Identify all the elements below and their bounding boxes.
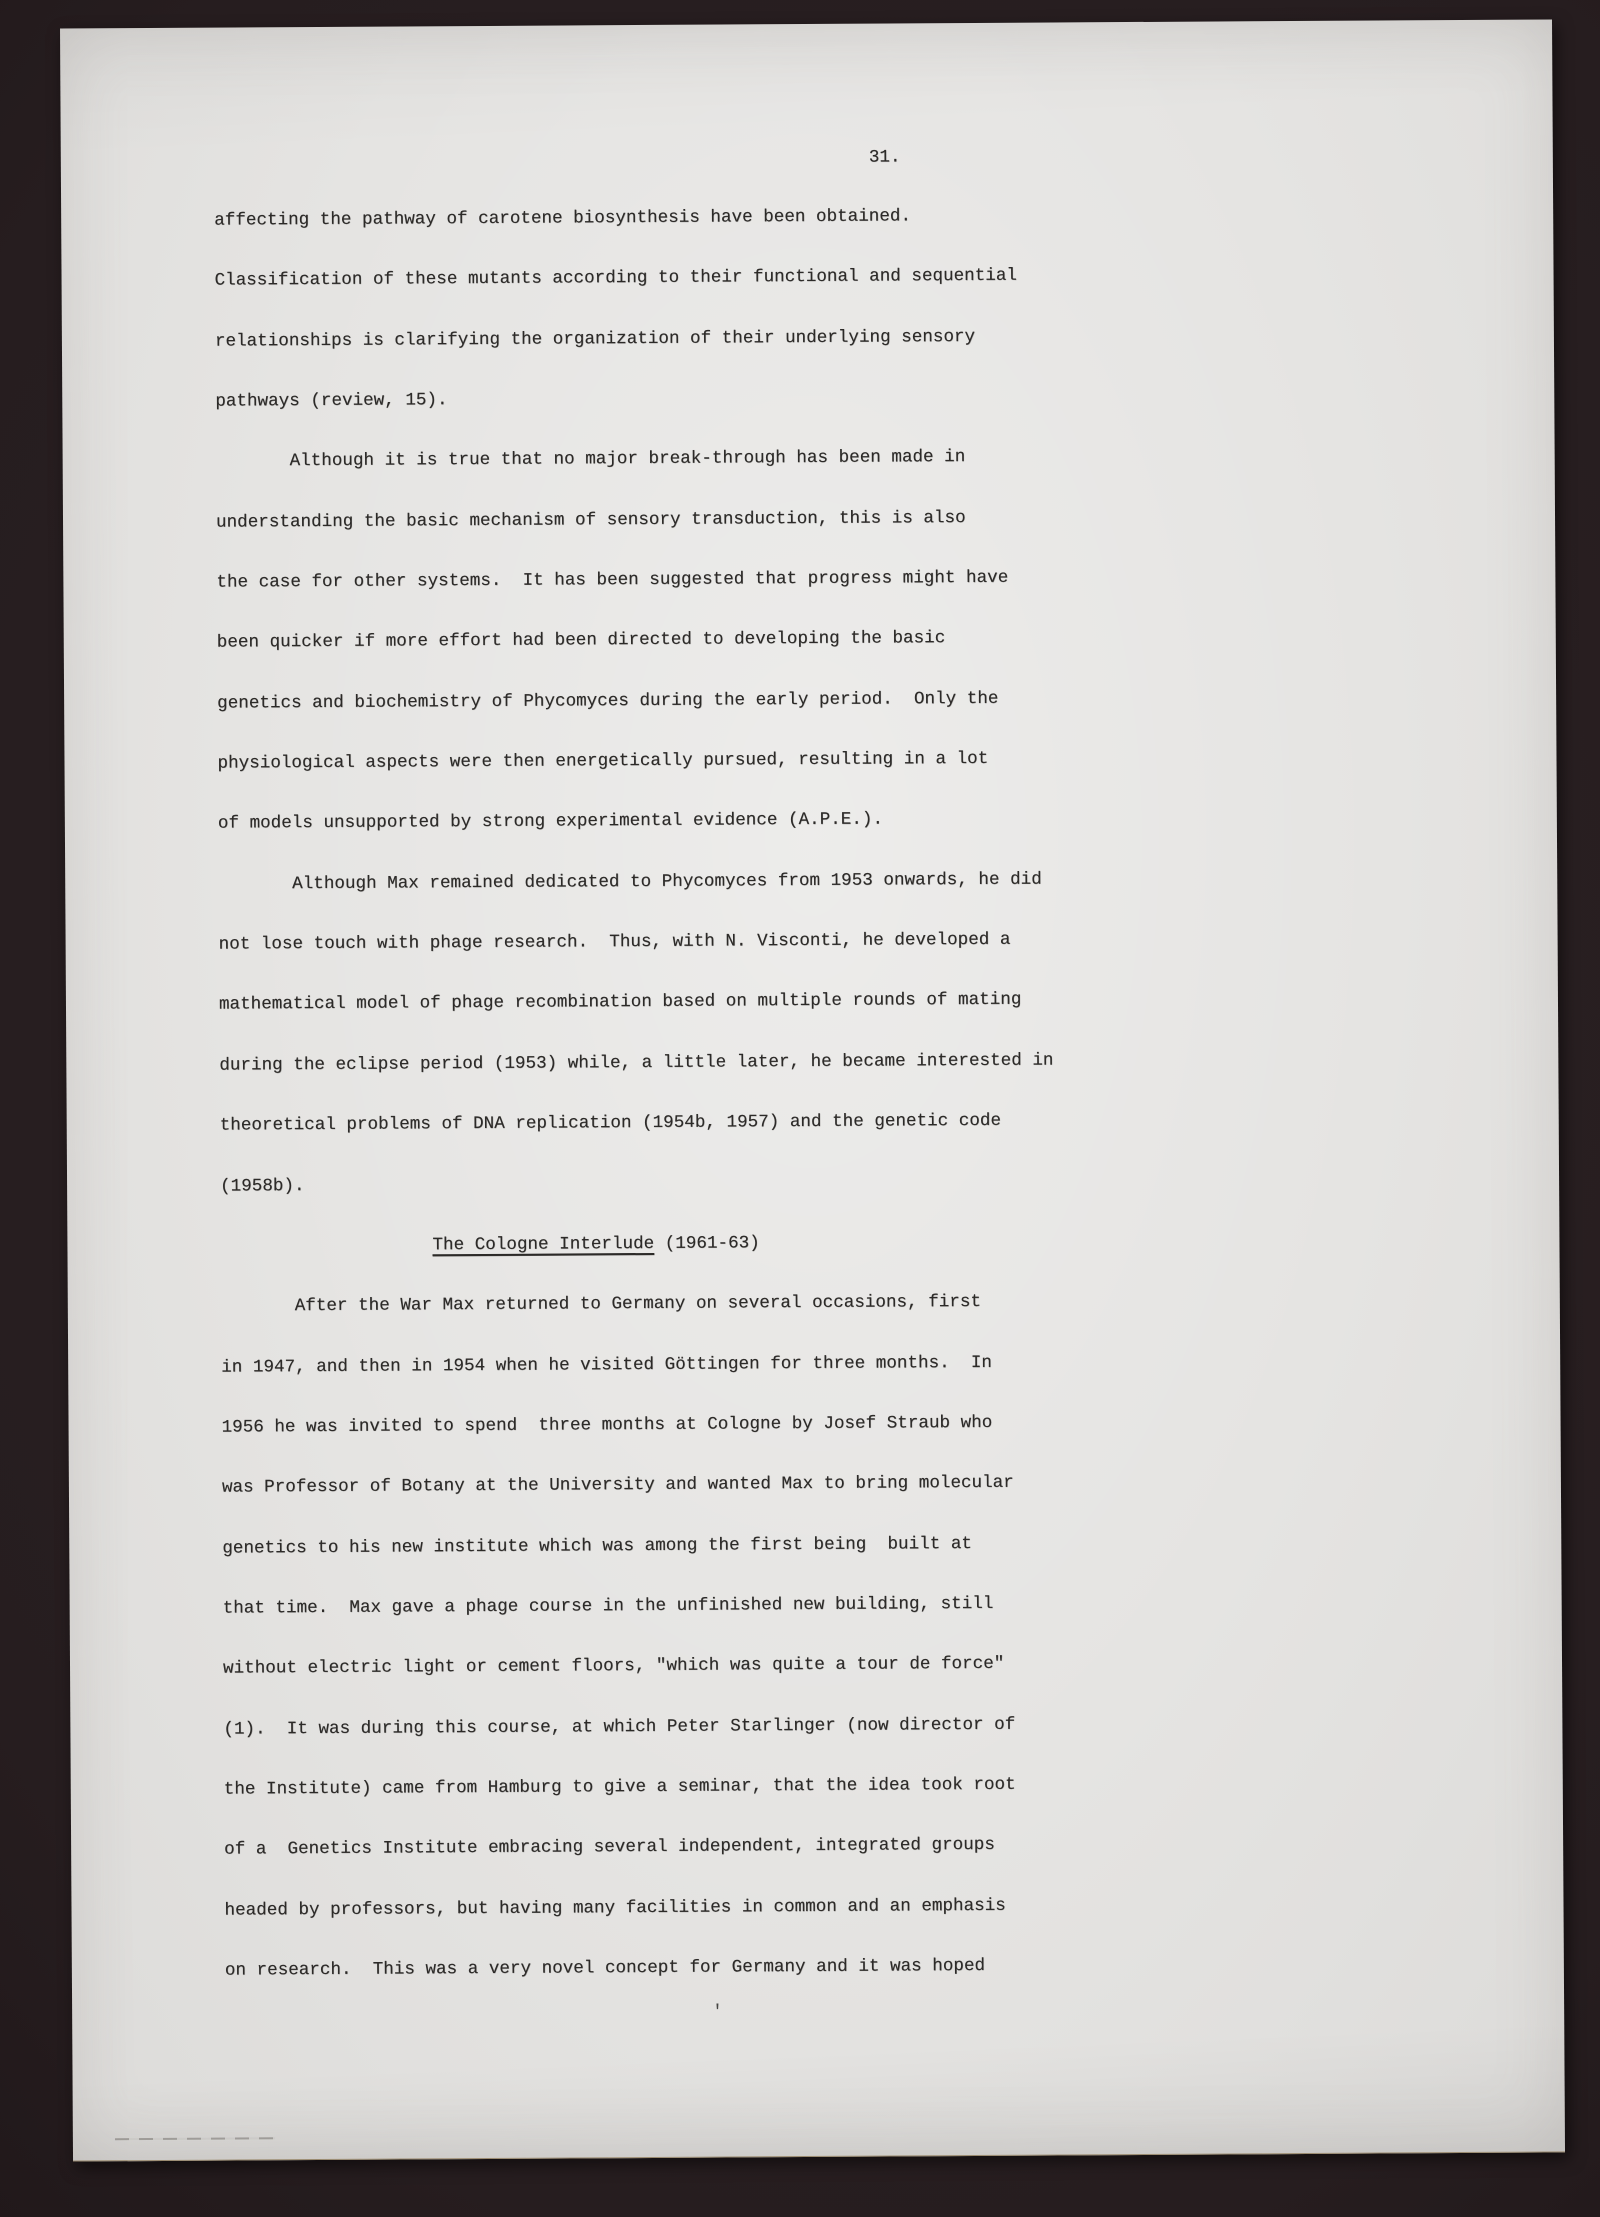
section-heading: The Cologne Interlude (1961-63) [220, 1229, 1120, 1295]
text-line: (1958b). [220, 1169, 1120, 1235]
text-line: in 1947, and then in 1954 when he visite… [221, 1350, 1121, 1416]
text-line: relationships is clarifying the organiza… [215, 324, 1115, 390]
text-line: After the War Max returned to Germany on… [221, 1289, 1121, 1355]
text-line: during the eclipse period (1953) while, … [219, 1048, 1119, 1114]
section-heading-underlined: The Cologne Interlude [432, 1234, 654, 1255]
text-line: affecting the pathway of carotene biosyn… [214, 203, 1114, 269]
text-line: the case for other systems. It has been … [216, 565, 1116, 631]
text-line: 1956 he was invited to spend three month… [221, 1410, 1121, 1476]
text-line: (1). It was during this course, at which… [223, 1712, 1123, 1778]
text-line: the Institute) came from Hamburg to give… [224, 1772, 1124, 1838]
text-line: pathways (review, 15). [215, 384, 1115, 450]
section-heading-rest: (1961-63) [654, 1233, 760, 1254]
text-line: genetics to his new institute which was … [222, 1531, 1122, 1597]
text-line: on research. This was a very novel conce… [225, 1953, 1125, 2019]
scan-background: 31. affecting the pathway of carotene bi… [0, 0, 1600, 2217]
text-line: headed by professors, but having many fa… [224, 1893, 1124, 1959]
text-line: genetics and biochemistry of Phycomyces … [217, 686, 1117, 752]
text-line: been quicker if more effort had been dir… [217, 626, 1117, 692]
stray-ink-mark: ' [712, 2003, 723, 2023]
document-page: 31. affecting the pathway of carotene bi… [60, 19, 1565, 2161]
text-line: of models unsupported by strong experime… [218, 807, 1118, 873]
text-line: Although Max remained dedicated to Phyco… [218, 867, 1118, 933]
text-line: Classification of these mutants accordin… [214, 263, 1114, 329]
text-line: of a Genetics Institute embracing severa… [224, 1832, 1124, 1898]
text-line: that time. Max gave a phage course in th… [223, 1591, 1123, 1657]
text-line: understanding the basic mechanism of sen… [216, 505, 1116, 571]
text-line: was Professor of Botany at the Universit… [222, 1470, 1122, 1536]
text-line: physiological aspects were then energeti… [217, 746, 1117, 812]
pencil-smudge [115, 2137, 275, 2140]
text-line: not lose touch with phage research. Thus… [219, 927, 1119, 993]
body-text: affecting the pathway of carotene biosyn… [214, 203, 1125, 2019]
text-line: Although it is true that no major break-… [216, 444, 1116, 510]
page-number: 31. [869, 147, 901, 167]
text-line: mathematical model of phage recombinatio… [219, 988, 1119, 1054]
text-line: without electric light or cement floors,… [223, 1651, 1123, 1717]
text-line: theoretical problems of DNA replication … [220, 1108, 1120, 1174]
